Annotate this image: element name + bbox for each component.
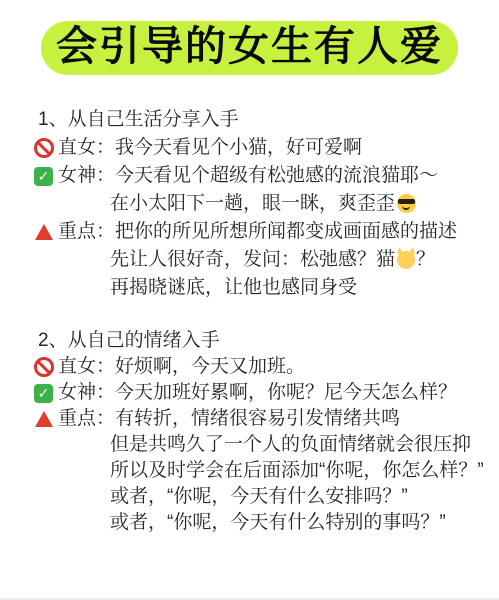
line-text: 或者，“你呢，今天有什么安排吗？”	[110, 486, 408, 507]
key-point-line: 重点：把你的所见所想所闻都变成画面感的描述	[0, 218, 499, 246]
goddess-line: 女神：今天看见个超级有松弛感的流浪猫耶～	[0, 162, 499, 190]
line-text: 在小太阳下一趟，眼一眯，爽歪歪	[110, 193, 395, 214]
line-text: ？	[416, 249, 435, 270]
line-text: 女神：今天加班好累啊，你呢？尼今天怎么样？	[58, 380, 457, 406]
section-emotions: 2、从自己的情绪入手 直女：好烦啊，今天又加班。 女神：今天加班好累啊，你呢？尼…	[0, 328, 499, 536]
section-heading: 2、从自己的情绪入手	[0, 328, 499, 354]
line-text: 但是共鸣久了一个人的负面情绪就会很压抑	[110, 434, 471, 455]
line-text: 女神：今天看见个超级有松弛感的流浪猫耶～	[58, 162, 438, 190]
section-life-sharing: 1、从自己生活分享入手 直女：我今天看见个小猫，好可爱啊 女神：今天看见个超级有…	[0, 106, 499, 302]
line-text: 再揭晓谜底，让他也感同身受	[110, 277, 357, 298]
line-text: 先让人很好奇，发问：松弛感？猫	[110, 249, 395, 270]
continuation-line: 在小太阳下一趟，眼一眯，爽歪歪	[0, 190, 499, 218]
no-entry-icon	[34, 138, 54, 158]
check-icon	[34, 384, 53, 403]
line-text: 直女：我今天看见个小猫，好可爱啊	[58, 134, 362, 162]
line-text: 所以及时学会在后面添加“你呢，你怎么样？”	[110, 460, 484, 481]
continuation-line: 或者，“你呢，今天有什么安排吗？”	[0, 484, 499, 510]
tip-card: { "title": { "text": "会引导的女生有人爱" }, "col…	[0, 0, 499, 600]
line-text: 重点：有转折，情绪很容易引发情绪共鸣	[58, 406, 400, 432]
cat-emoji	[397, 251, 415, 269]
section-heading: 1、从自己生活分享入手	[0, 106, 499, 134]
page-title: 会引导的女生有人爱	[41, 21, 458, 75]
goddess-line: 女神：今天加班好累啊，你呢？尼今天怎么样？	[0, 380, 499, 406]
red-triangle-icon	[35, 411, 53, 427]
continuation-line: 所以及时学会在后面添加“你呢，你怎么样？”	[0, 458, 499, 484]
key-point-line: 重点：有转折，情绪很容易引发情绪共鸣	[0, 406, 499, 432]
no-entry-icon	[34, 357, 54, 377]
straight-girl-line: 直女：好烦啊，今天又加班。	[0, 354, 499, 380]
line-text: 直女：好烦啊，今天又加班。	[58, 354, 305, 380]
straight-girl-line: 直女：我今天看见个小猫，好可爱啊	[0, 134, 499, 162]
continuation-line: 先让人很好奇，发问：松弛感？猫？	[0, 246, 499, 274]
icon-slot	[34, 354, 58, 380]
line-text: 或者，“你呢，今天有什么特别的事吗？”	[110, 512, 446, 533]
icon-slot	[34, 134, 58, 162]
content: 1、从自己生活分享入手 直女：我今天看见个小猫，好可爱啊 女神：今天看见个超级有…	[0, 106, 499, 536]
red-triangle-icon	[35, 224, 53, 240]
line-text: 重点：把你的所见所想所闻都变成画面感的描述	[58, 218, 457, 246]
icon-slot	[34, 218, 58, 246]
icon-slot	[34, 406, 58, 432]
title-bar: 会引导的女生有人爱	[41, 21, 499, 75]
icon-slot	[34, 380, 58, 406]
continuation-line: 或者，“你呢，今天有什么特别的事吗？”	[0, 510, 499, 536]
check-icon	[34, 167, 53, 186]
icon-slot	[34, 162, 58, 190]
sunglasses-emoji	[397, 194, 416, 213]
continuation-line: 但是共鸣久了一个人的负面情绪就会很压抑	[0, 432, 499, 458]
continuation-line: 再揭晓谜底，让他也感同身受	[0, 274, 499, 302]
